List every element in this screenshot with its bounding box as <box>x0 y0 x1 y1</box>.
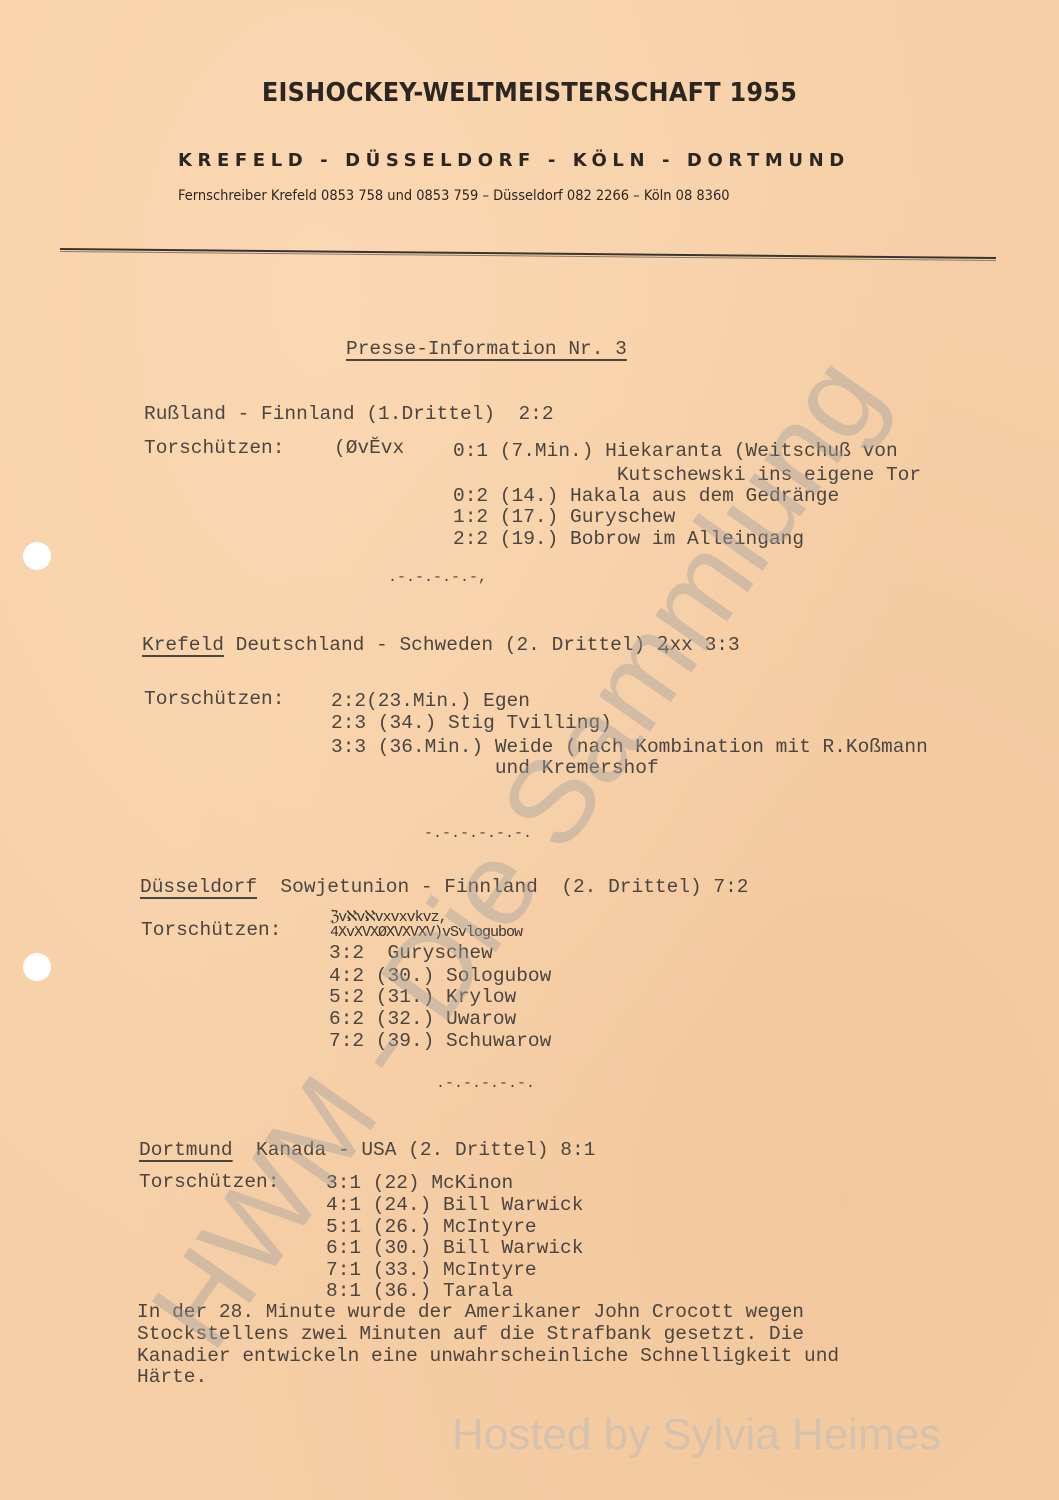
game-2-location: Krefeld <box>142 634 224 656</box>
game-4-label: Torschützen: <box>139 1173 279 1193</box>
game-1-struck: (ØvĔvx <box>334 439 404 459</box>
punch-hole-top <box>23 542 51 570</box>
game-4-header: Dortmund Kanada - USA (2. Drittel) 8:1 <box>139 1141 595 1161</box>
game-1-title: Rußland - Finnland (1.Drittel) 2:2 <box>144 405 554 425</box>
game-1-goal: 2:2 (19.) Bobrow im Alleingang <box>453 530 804 550</box>
game-2-goal: und Kremershof <box>331 759 659 779</box>
game-4-note: Kanadier entwickeln eine unwahrscheinlic… <box>137 1347 839 1367</box>
game-3-location: Düsseldorf <box>140 876 257 898</box>
game-4-note: Stockstellens zwei Minuten auf die Straf… <box>137 1325 804 1345</box>
letterhead-contact: Fernschreiber Krefeld 0853 758 und 0853 … <box>178 188 730 204</box>
separator: .-.-.-.-.-. <box>436 1076 535 1091</box>
hosted-by-watermark: Hosted by Sylvia Heimes <box>452 1410 941 1460</box>
header-rule <box>60 248 996 259</box>
game-2-label: Torschützen: <box>144 690 284 710</box>
page-heading: Presse-Information Nr. 3 <box>346 340 627 360</box>
game-3-struck: ℨvℵvℵvxvxvkvz, <box>330 910 447 925</box>
game-1-goal: 0:1 (7.Min.) Hiekaranta (Weitschuß von <box>453 442 898 462</box>
game-3-struck: 4XvXVXØXVXVXV)vSvlogubow <box>330 925 522 940</box>
game-1-goal: 0:2 (14.) Hakala aus dem Gedränge <box>453 487 839 507</box>
separator: .-.-.-.-.-, <box>388 570 487 585</box>
game-3-goal: 7:2 (39.) Schuwarow <box>329 1032 551 1052</box>
game-2-title: Deutschland - Schweden (2. Drittel) <box>224 634 657 656</box>
game-3-label: Torschützen: <box>141 921 281 941</box>
game-3-goal: 4:2 (30.) Sologubow <box>329 967 551 987</box>
game-3-header: Düsseldorf Sowjetunion - Finnland (2. Dr… <box>140 878 749 898</box>
game-1-goal: 1:2 (17.) Guryschew <box>453 508 675 528</box>
separator: -.-.-.-.-.-. <box>424 826 532 841</box>
game-4-note: Härte. <box>137 1368 207 1388</box>
game-3-goal: 3:2 Guryschew <box>329 944 493 964</box>
game-2-score: 3:3 <box>693 634 740 656</box>
game-2-goal: 2:3 (34.) Stig Tvilling) <box>331 714 612 734</box>
game-4-goal: 7:1 (33.) McIntyre <box>326 1261 537 1281</box>
game-3-title: Sowjetunion - Finnland (2. Drittel) 7:2 <box>257 876 748 898</box>
punch-hole-bottom <box>23 953 51 981</box>
game-1-label: Torschützen: <box>144 439 284 459</box>
game-2-goal: 3:3 (36.Min.) Weide (nach Kombination mi… <box>331 738 928 758</box>
game-2-header: Krefeld Deutschland - Schweden (2. Dritt… <box>142 636 740 656</box>
letterhead-cities: KREFELD - DÜSSELDORF - KÖLN - DORTMUND <box>178 150 850 171</box>
game-4-note: In der 28. Minute wurde der Amerikaner J… <box>137 1303 804 1323</box>
game-4-location: Dortmund <box>139 1139 233 1161</box>
letterhead-title: EISHOCKEY-WELTMEISTERSCHAFT 1955 <box>42 78 1016 108</box>
game-4-goal: 8:1 (36.) Tarala <box>326 1282 513 1302</box>
game-4-goal: 3:1 (22) McKinon <box>326 1174 513 1194</box>
game-2-goal: 2:2(23.Min.) Egen <box>331 692 530 712</box>
game-1-goal: Kutschewski ins eigene Tor <box>453 466 921 486</box>
game-4-goal: 4:1 (24.) Bill Warwick <box>326 1196 583 1216</box>
game-3-goal: 5:2 (31.) Krylow <box>329 988 516 1008</box>
game-4-goal: 5:1 (26.) McIntyre <box>326 1218 537 1238</box>
game-3-goal: 6:2 (32.) Uwarow <box>329 1010 516 1030</box>
game-4-title: Kanada - USA (2. Drittel) 8:1 <box>233 1139 596 1161</box>
game-4-goal: 6:1 (30.) Bill Warwick <box>326 1239 583 1259</box>
game-2-struck: Ꝝxx <box>657 634 693 656</box>
